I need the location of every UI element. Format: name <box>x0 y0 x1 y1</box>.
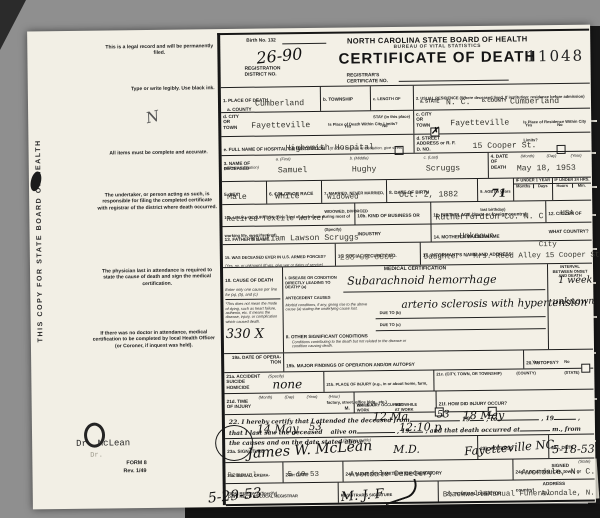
street-address-value: 15 Cooper St. <box>472 141 536 151</box>
no-label: No <box>564 360 569 365</box>
day-label: (Day) <box>547 154 557 159</box>
signature-address-value: Fayetteville NC <box>464 439 555 458</box>
certificate-title: CERTIFICATE OF DEATH <box>324 48 550 68</box>
burial-location-value: Avondale, N. C. <box>521 468 595 478</box>
injury-county-label: (COUNTY) <box>516 371 536 376</box>
field-date-of-death: 4. DATE OF DEATH (Month) (Day) (Year) Ma… <box>489 152 591 178</box>
field-death-city-limits: Is Place of Death Within City Limits? Ye… <box>326 111 414 135</box>
margin-note-type: Type or write legibly. Use black ink. <box>131 85 215 92</box>
margin-note-complete: All items must be complete and accurate. <box>103 149 215 157</box>
field-time-of-injury: 21d. TIME OF INJURY (Month) (Day) (Year)… <box>225 392 355 414</box>
date-of-death-value: May 18, 1953 <box>517 164 576 174</box>
days-label: Days <box>534 184 553 189</box>
autopsy-label: 20. AUTOPSY? <box>526 360 558 365</box>
date-received-value: 5-29-53 <box>207 486 262 505</box>
field-burial-date: 24b. DATE 5-19-53 <box>283 462 343 483</box>
interval-a-value: 1 week <box>558 276 592 286</box>
residence-county-value: Cumberland <box>510 97 559 107</box>
residence-state-label: a. STATE <box>420 98 440 104</box>
margin-note-undertaker: The undertaker, or person acting as such… <box>97 191 217 211</box>
death-city-label: d. CITY OR TOWN <box>223 114 243 130</box>
field-occupation: 10a. USUAL OCCUPATION (Give kind of work… <box>222 203 355 226</box>
armed-forces-label: 15. WAS DECEASED EVER IN U.S. ARMED FORC… <box>225 254 326 260</box>
field-mother-name: 14. MOTHER'S MAIDEN NAME Unknown <box>431 223 591 242</box>
race-value: White <box>275 192 300 201</box>
signature-scribble <box>381 479 420 506</box>
margin-note-physician: The physician last in attendance is requ… <box>96 267 218 287</box>
accident-value: none <box>272 378 302 390</box>
certificate-paper: THIS COPY FOR STATE BOARD OF HEALTH This… <box>27 25 596 510</box>
field-father-name: 13. FATHER'S NAME William Lawson Scruggs <box>223 225 432 245</box>
state-label: (State) <box>578 460 590 465</box>
field-date-received: DATE REC'D BY LOCAL REGISTRAR 5-29-53 <box>226 483 339 504</box>
injury-hour-label: (Hour) <box>329 395 340 400</box>
residence-city-value: Fayetteville <box>450 119 509 129</box>
field-ssn: 16. SOCIAL SECURITY NO. 238-09-6006 <box>336 243 421 266</box>
antecedent-label: ANTECEDENT CAUSES <box>285 296 330 301</box>
field-date-signed: 23c. DATE SIGNED 5-18-53 <box>549 435 594 459</box>
field-cause-of-death-notes: 18. CAUSE OF DEATH Enter only one cause … <box>223 267 284 353</box>
field-birthplace: 11. BIRTHPLACE (State or foreign country… <box>431 201 546 223</box>
injury-year-label: (Year) <box>307 395 318 400</box>
cause-line-a <box>343 289 545 292</box>
registration-district-value: 26-90 <box>256 46 303 67</box>
field-under-24-hours: IF UNDER 24 HRS. Hours Min. <box>553 178 591 200</box>
first-name-value: Samuel <box>278 166 308 175</box>
informant-city-note: City <box>539 241 557 249</box>
age-value: 71 <box>491 188 506 199</box>
field-age: 9. AGE (In years last birthday) 71 <box>478 179 514 201</box>
cause-note-2: *This does not mean the mode of dying, s… <box>225 302 280 324</box>
other-conditions-note: Conditions contributing to the death but… <box>292 339 422 349</box>
due-to-b-label: DUE TO (b) <box>380 311 401 316</box>
field-length-of-stay: c. LENGTH OF STAY (in this place) <box>371 86 414 111</box>
cause-line-b <box>376 316 546 319</box>
signature-value: James W. McLean <box>247 439 373 461</box>
field-medical-certification: MEDICAL CERTIFICATION I. DISEASE OR COND… <box>283 264 549 352</box>
middle-name-label: b. (Middle) <box>350 156 369 161</box>
informant-value: Daughter - Mrs. Reed Alley 15 Cooper St. <box>424 251 600 261</box>
form-revision: Rev. 1/49 <box>123 468 146 474</box>
certificate-number: 11048 <box>526 47 584 66</box>
year-label: (Year) <box>571 154 582 159</box>
cert-text: alive on <box>331 428 357 435</box>
last-name-label: c. (Last) <box>424 155 439 160</box>
funeral-address-label: ADDRESS <box>543 481 566 487</box>
death-city-value: Fayetteville <box>251 121 310 131</box>
father-name-value: William Lawson Scruggs <box>251 233 359 243</box>
field-usual-residence: 2. USUAL RESIDENCE (Where deceased lived… <box>414 84 590 110</box>
field-under-one-year: IF UNDER 1 YEAR Months Days <box>514 178 553 200</box>
field-street-address: d. STREET ADDRESS or R. F. D. NO. 15 Coo… <box>414 133 590 153</box>
field-residence-city: c. CITY OR TOWN Fayetteville <box>414 109 521 133</box>
field-business: 10b. KIND OF BUSINESS OR INDUSTRY <box>355 203 431 225</box>
field-informant: 17. INFORMANT'S NAME AND ADDRESS City Da… <box>421 241 592 265</box>
first-name-label: a. (First) <box>276 157 291 162</box>
field-date-of-operation: 19a. DATE OF OPERA- TION <box>224 353 284 372</box>
birthplace-value: Rutherfordton Co. N. C. <box>435 212 548 222</box>
field-injury-city: 21c. (CITY, TOWN, OR TOWNSHIP) (COUNTY) … <box>434 369 593 391</box>
hours-label: Hours <box>553 183 573 188</box>
antecedent-note: Morbid conditions, if any, giving rise t… <box>285 302 369 312</box>
margin-vertical-text: THIS COPY FOR STATE BOARD OF HEALTH <box>35 113 45 369</box>
field-major-findings: 19b. MAJOR FINDINGS OF OPERATION AND/OR … <box>284 350 524 371</box>
date-signed-value: 5-18-53 <box>552 444 595 456</box>
no-label: No <box>382 124 387 129</box>
registrar-certificate-line <box>399 80 509 82</box>
time-of-injury-label: 21d. TIME OF INJURY <box>227 398 253 409</box>
due-to-c-label: DUE TO (c) <box>380 323 401 328</box>
scanned-death-certificate: THIS COPY FOR STATE BOARD OF HEALTH This… <box>0 0 600 518</box>
margin-note-legal: This is a legal record and will be perma… <box>105 43 213 57</box>
attended-from-year-value: 53 <box>437 410 450 420</box>
yes-label: Yes <box>532 360 539 365</box>
months-label: Months <box>514 184 534 189</box>
residence-county-label: b. COUNTY <box>482 98 507 104</box>
field-name-of-deceased: 3. NAME OF DECEASED a. (First) b. (Middl… <box>222 153 489 181</box>
residence-state-value: N. C. <box>446 98 471 107</box>
meridiem-label: M. <box>345 405 350 410</box>
last-name-value: Scruggs <box>426 164 461 173</box>
registrar-signature-value: M. J. F <box>340 488 384 504</box>
field-armed-forces: 15. WAS DECEASED EVER IN U.S. ARMED FORC… <box>223 244 336 267</box>
row-cause-of-death: 18. CAUSE OF DEATH Enter only one cause … <box>223 264 593 355</box>
last-seen-alive-value: 14 May <box>257 423 299 435</box>
field-township: b. TOWNSHIP <box>321 86 371 111</box>
major-findings-label: 19b. MAJOR FINDINGS OF OPERATION AND/OR … <box>286 362 415 369</box>
field-place-of-injury: 21b. PLACE OF INJURY (e.g., in or about … <box>324 371 434 392</box>
field-signature-address: 23b. ADDRESS Fayetteville NC <box>478 435 549 459</box>
date-of-birth-value: Oct. 2, 1882 <box>399 190 458 200</box>
field-how-injury-occurred: 21f. HOW DID INJURY OCCUR? <box>437 390 594 412</box>
cause-line-c <box>376 328 546 331</box>
injury-day-label: (Day) <box>285 395 295 400</box>
margin-doctor-faint: Dr. <box>90 452 103 460</box>
field-autopsy: 20. AUTOPSY? Yes No ✗ <box>524 350 593 369</box>
citizen-value: USA <box>560 210 574 218</box>
corner-shadow <box>0 0 26 50</box>
injury-month-label: (Month) <box>259 395 273 400</box>
field-death-city: d. CITY OR TOWN Fayetteville <box>221 112 326 136</box>
birth-no-label: Birth No. 132 <box>246 38 276 44</box>
last-seen-alive-year-value: 53 <box>309 423 322 433</box>
yes-label: Yes <box>525 123 532 128</box>
cemetery-value: Avondale Cemetery <box>349 470 433 480</box>
field-hospital: e. FULL NAME OF HOSPITAL OR INSTITUTION … <box>221 135 414 155</box>
minutes-label: Min. <box>572 183 591 188</box>
field-registrar-signature: REGISTRAR'S SIGNATURE M. J. F <box>339 481 439 502</box>
field-cemetery: 24c. NAME OF CEMETERY OR CREMATORY Avond… <box>343 460 513 482</box>
field-burial-type: 24a. BURIAL, CREMA- TION, REMOVAL (Speci… <box>225 462 283 483</box>
attended-to-value: 18 May <box>463 410 505 422</box>
date-of-operation-label: 19a. DATE OF OPERA- TION <box>226 354 281 365</box>
burial-date-value: 5-19-53 <box>287 471 319 479</box>
name-of-deceased-label: 3. NAME OF DECEASED <box>224 160 268 171</box>
death-time-value: 12:10 p <box>399 421 441 433</box>
cause-note-1: Enter only one cause per line for (a), (… <box>225 287 280 300</box>
hospital-value: Highsmith Hospital <box>285 143 374 153</box>
header-center: NORTH CAROLINA STATE BOARD OF HEALTH BUR… <box>324 34 550 68</box>
field-interval: INTERVAL BETWEEN ONSET AND DEATH 1 week … <box>548 264 593 350</box>
field-physician-signature: 23a. SIGNATURE (Degree or title) James W… <box>225 436 478 462</box>
mother-name-value: Unknown <box>460 232 495 241</box>
field-date-of-birth: 8. DATE OF BIRTH Oct. 2, 1882 <box>387 179 478 202</box>
registrar-certificate-label: REGISTRAR'S CERTIFICATE NO. <box>347 73 397 85</box>
funeral-director-value: Blackwell&Manual Funeral <box>443 490 551 499</box>
occupation-value: Retired Textile Worker <box>226 215 325 224</box>
field-funeral-director: 25. FUNERAL DIRECTOR ADDRESS Blackwell&M… <box>439 480 595 502</box>
ssn-value: 238-09-6006 <box>340 253 394 263</box>
month-label: (Month) <box>521 154 535 159</box>
marital-value: Widowed <box>327 193 359 201</box>
injury-city-label: 21c. (CITY, TOWN, OR TOWNSHIP) <box>436 372 501 377</box>
disease-label: I. DISEASE OR CONDITION DIRECTLY LEADING… <box>285 276 343 290</box>
cert-text: , 19 <box>541 415 554 422</box>
burial-type-value: Removal <box>227 472 257 480</box>
birth-no-line <box>282 43 326 45</box>
accident-label: 21a. ACCIDENT SUICIDE HOMICIDE <box>226 374 260 391</box>
form-number: FORM 8 <box>126 460 146 466</box>
margin-doctor-note: Dr. McLean <box>76 438 130 449</box>
row-registrar-funeral: DATE REC'D BY LOCAL REGISTRAR 5-29-53 RE… <box>226 480 595 507</box>
field-marital-status: 7. MARRIED, NEVER MARRIED, WIDOWED, DIVO… <box>322 180 387 203</box>
yes-label: Yes <box>344 125 351 130</box>
field-sex: 5. SEX Male <box>222 182 267 205</box>
county-value: Cumberland <box>255 99 304 109</box>
degree-value: M.D. <box>393 444 420 455</box>
interval-b-value: unknown <box>552 298 594 308</box>
disease-value: Subarachnoid hemorrhage <box>347 274 497 287</box>
field-citizen: 12. CITIZEN OF WHAT COUNTRY? USA <box>546 201 591 223</box>
margin-note-no-doctor: If there was no doctor in attendance, me… <box>89 329 219 349</box>
middle-name-value: Hughy <box>352 165 377 174</box>
cause-code-value: 330 X <box>226 328 264 341</box>
how-injury-occurred-label: 21f. HOW DID INJURY OCCUR? <box>439 401 507 407</box>
field-accident-suicide-homicide: 21a. ACCIDENT SUICIDE HOMICIDE (Specify)… <box>224 372 324 393</box>
injury-state-label: (STATE) <box>564 371 579 376</box>
cause-of-death-label: 18. CAUSE OF DEATH <box>225 277 273 283</box>
field-place-of-death-county: 1. PLACE OF DEATH a. COUNTY Cumberland <box>221 87 321 112</box>
street-address-label: d. STREET ADDRESS or R. F. D. NO. <box>416 135 456 152</box>
field-residence-city-limits: Is Place of Residence Within City Limits… <box>521 109 590 133</box>
funeral-address-value: Avondale, N. C. <box>541 489 600 498</box>
date-of-death-label: 4. DATE OF DEATH <box>491 154 513 170</box>
form-header: Birth No. 132 26-90 REGISTRATION DISTRIC… <box>220 31 590 89</box>
township-label: b. TOWNSHIP <box>323 96 353 101</box>
registration-district-label: REGISTRATION DISTRICT NO. <box>245 66 291 78</box>
sex-value: Male <box>227 193 247 202</box>
no-label: No <box>557 123 562 128</box>
residence-city-label: c. CITY OR TOWN <box>416 111 436 127</box>
field-burial-location: 24d. LOCATION (City, town, or country) (… <box>513 459 594 480</box>
field-race: 6. COLOR OR RACE White <box>267 181 322 204</box>
death-certificate-form: Birth No. 132 26-90 REGISTRATION DISTRIC… <box>217 29 595 506</box>
stray-pen-mark: N <box>145 109 161 127</box>
